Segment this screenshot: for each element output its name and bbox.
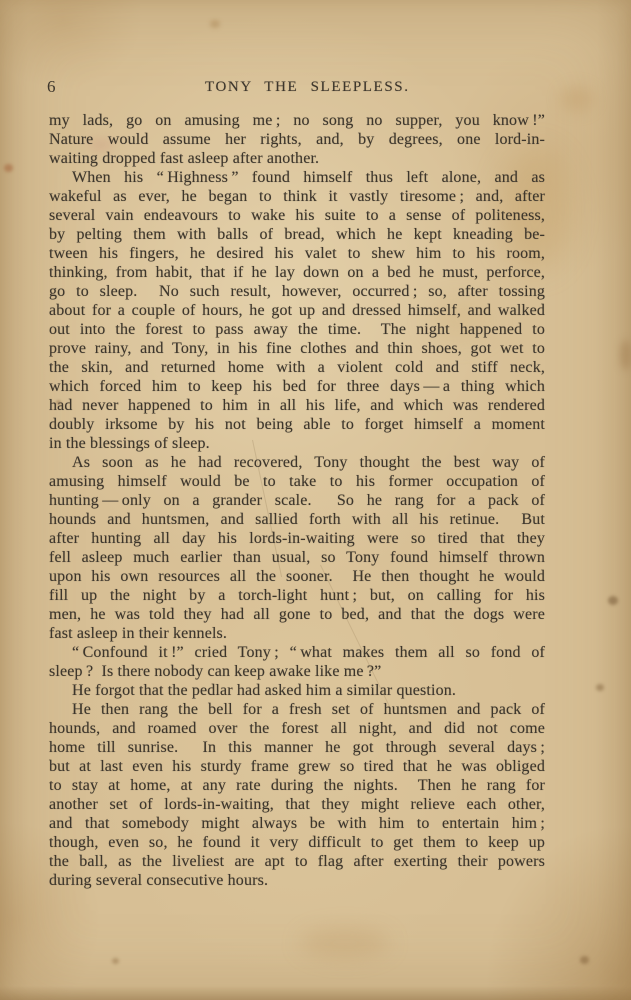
text-line: go to sleep. No such result, however, oc… bbox=[49, 282, 545, 301]
text-line: which forced him to keep his bed for thr… bbox=[49, 377, 545, 396]
text-line: thinking, from habit, that if he lay dow… bbox=[49, 263, 545, 282]
text-line: hounds, and roamed over the forest all n… bbox=[49, 719, 545, 738]
text-line: after hunting all day his lords-in-waiti… bbox=[49, 529, 545, 548]
text-line: during several consecutive hours. bbox=[49, 871, 545, 890]
paper-stain bbox=[300, 928, 390, 958]
text-line: though, even so, he found it very diffic… bbox=[49, 833, 545, 852]
paper-stain bbox=[112, 958, 119, 964]
text-line: and that somebody might always be with h… bbox=[49, 814, 545, 833]
text-line: He forgot that the pedlar had asked him … bbox=[49, 681, 545, 700]
text-line: hunting — only on a grander scale. So he… bbox=[49, 491, 545, 510]
text-line: wakeful as ever, he began to think it va… bbox=[49, 187, 545, 206]
text-line: fell asleep much earlier than usual, so … bbox=[49, 548, 545, 567]
text-line: home till sunrise. In this manner he got… bbox=[49, 738, 545, 757]
paper-stain bbox=[580, 956, 589, 964]
text-line: waiting dropped fast asleep after anothe… bbox=[49, 149, 545, 168]
running-title: TONY THE SLEEPLESS. bbox=[205, 79, 410, 96]
text-line: doubly irksome by his not being able to … bbox=[49, 415, 545, 434]
text-line: had never happened to him in all his lif… bbox=[49, 396, 545, 415]
text-line: in the blessings of sleep. bbox=[49, 434, 545, 453]
text-line: about for a couple of hours, he got up a… bbox=[49, 301, 545, 320]
text-line: several vain endeavours to wake his suit… bbox=[49, 206, 545, 225]
paper-stain bbox=[596, 684, 604, 691]
text-line: As soon as he had recovered, Tony though… bbox=[49, 453, 545, 472]
text-line: but at last even his sturdy frame grew s… bbox=[49, 757, 545, 776]
text-line: When his “ Highness ” found himself thus… bbox=[49, 168, 545, 187]
paper-stain bbox=[608, 596, 618, 605]
text-line: Nature would assume her rights, and, by … bbox=[49, 130, 545, 149]
text-line: tween his fingers, he desired his valet … bbox=[49, 244, 545, 263]
text-line: upon his own resources all the sooner. H… bbox=[49, 567, 545, 586]
text-line: sleep ? Is there nobody can keep awake l… bbox=[49, 662, 545, 681]
text-line: amusing himself would be to take to his … bbox=[49, 472, 545, 491]
text-line: to stay at home, at any rate during the … bbox=[49, 776, 545, 795]
text-line: fill up the night by a torch-light hunt … bbox=[49, 586, 545, 605]
text-line: prove rainy, and Tony, in his fine cloth… bbox=[49, 339, 545, 358]
text-line: men, he was told they had all gone to be… bbox=[49, 605, 545, 624]
text-line: out into the forest to pass away the tim… bbox=[49, 320, 545, 339]
page-header: 6 TONY THE SLEEPLESS. bbox=[0, 0, 631, 100]
text-line: hounds and huntsmen, and sallied forth w… bbox=[49, 510, 545, 529]
text-line: my lads, go on amusing me ; no song no s… bbox=[49, 111, 545, 130]
page-number: 6 bbox=[47, 77, 56, 97]
text-line: by pelting them with balls of bread, whi… bbox=[49, 225, 545, 244]
text-line: “ Confound it !” cried Tony ; “ what mak… bbox=[49, 643, 545, 662]
text-line: He then rang the bell for a fresh set of… bbox=[49, 700, 545, 719]
paper-stain bbox=[620, 340, 631, 370]
book-page: 6 TONY THE SLEEPLESS. my lads, go on amu… bbox=[0, 0, 631, 1000]
text-line: the ball, as the liveliest are apt to fl… bbox=[49, 852, 545, 871]
paper-stain bbox=[4, 164, 13, 172]
text-line: another set of lords-in-waiting, that th… bbox=[49, 795, 545, 814]
text-line: fast asleep in their kennels. bbox=[49, 624, 545, 643]
text-line: the skin, and returned home with a viole… bbox=[49, 358, 545, 377]
text-block: my lads, go on amusing me ; no song no s… bbox=[49, 111, 545, 890]
